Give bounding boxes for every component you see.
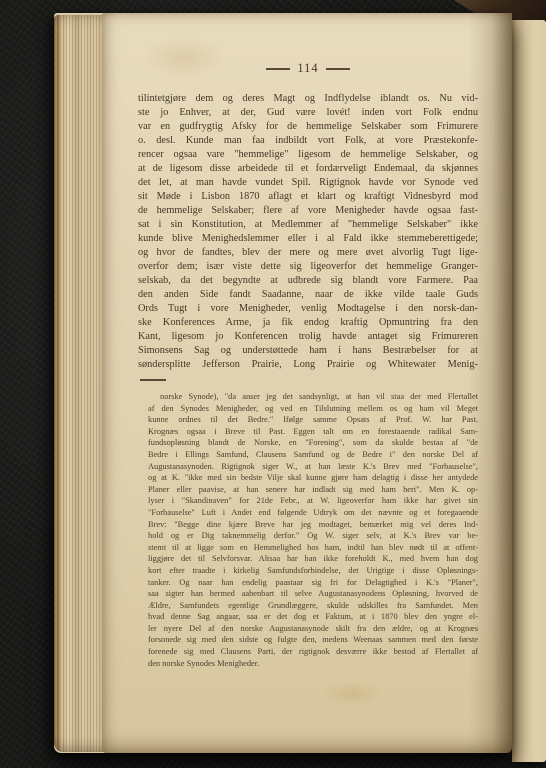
text-line: overfor dem; især viste dette sig ligeov…	[138, 260, 478, 274]
header-rule-right	[326, 68, 350, 70]
footnote-line: liggjøre det til Selvforsvar. Altsaa har…	[148, 553, 478, 565]
footnote-line: norske Synode), "da anser jeg det sandsy…	[148, 391, 478, 403]
footnote-line: Augustanasynoden. Rigtignok siger W., at…	[148, 461, 478, 473]
body-text: tilintetgjøre dem og deres Magt og Indfl…	[138, 92, 478, 372]
footnote-line: lyser i "Skandinaven" for 21de Febr., at…	[148, 495, 478, 507]
text-line: selskab, da det begyndte at udbrede sig …	[138, 274, 478, 288]
footnote-line: Brev: "Begge dine kjære Breve har jeg mo…	[148, 519, 478, 531]
footnote-text: norske Synode), "da anser jeg det sandsy…	[148, 391, 478, 669]
text-line: o. desl. Kunde man faa indbildt vort Fol…	[138, 134, 478, 148]
book-page: 114 tilintetgjøre dem og deres Magt og I…	[54, 13, 512, 753]
footnote-line: fundsopløsning blandt de Norske, en "For…	[148, 437, 478, 449]
text-line: og hvor de fandtes, blev der mere og mer…	[138, 246, 478, 260]
footnote-line: kunne ordnes til det Bedre." Ifølge samm…	[148, 414, 478, 426]
page-header: 114	[138, 61, 478, 76]
footnote-line: kort efter traadte i kirkelig Samfundsfo…	[148, 565, 478, 577]
footnote-line: tanker. Og naar han endelig paastaar sig…	[148, 577, 478, 589]
footnote-line: Planer eller paavise, at han senere har …	[148, 484, 478, 496]
book-photo: 114 tilintetgjøre dem og deres Magt og I…	[0, 0, 546, 768]
footnote-line: hvad denne Sag angaar, saa er det dog et…	[148, 611, 478, 623]
footnote-line: forsonede sig med den sidste og fulgte d…	[148, 634, 478, 646]
footnote-line: den norske Synodes Menigheder.	[148, 658, 478, 670]
text-line: den anden Side fandt Saadanne, naar de i…	[138, 288, 478, 302]
text-line: tilintetgjøre dem og deres Magt og Indfl…	[138, 92, 478, 106]
facing-page-edge	[512, 20, 546, 762]
footnote-line: hold og er Dig taknemmelig derfor." Og W…	[148, 530, 478, 542]
text-line: kunde blive Menighedslemmer eller i al F…	[138, 232, 478, 246]
page-surface: 114 tilintetgjøre dem og deres Magt og I…	[102, 13, 512, 753]
text-line: søndersplitte Jefferson Prairie, Long Pr…	[138, 358, 478, 372]
header-rule-left	[266, 68, 290, 70]
text-line: rencer ogsaa vare "hemmelige" ligesom de…	[138, 148, 478, 162]
text-line: Simonsens Sag og understøttede ham i han…	[138, 344, 478, 358]
footnote-line: af den Synodes Menigheder, og ved en Til…	[148, 403, 478, 415]
footnote-line: "Forbauselse" Luft i Andet end følgende …	[148, 507, 478, 519]
page-number: 114	[297, 61, 318, 76]
footnote-line: Ældre, Samfundets egentlige Grundlæggere…	[148, 600, 478, 612]
footnote-line: saa sigter han hermed aabenbart til selv…	[148, 588, 478, 600]
text-line: sit Møde i Lisbon 1870 aflagt et klart o…	[138, 190, 478, 204]
text-line: var en gudfrygtig Afsky for de hemmelige…	[138, 120, 478, 134]
footnote-line: forenede sig med Clausens Parti, der rig…	[148, 646, 478, 658]
footnote-rule	[140, 379, 166, 381]
text-line: sat i sin Konstitution, at Medlemmer af …	[138, 218, 478, 232]
text-line: at de ligesom disse arbeidede til et for…	[138, 162, 478, 176]
footnote-line: ler nyere Del af den norske Augustanasyn…	[148, 623, 478, 635]
text-line: de hemmelige Selskaber; flere af vore Me…	[138, 204, 478, 218]
footnote-line: og at K. "ikke med sin bedste Vilje skal…	[148, 472, 478, 484]
text-line: ste jo Enhver, at der, Gud være lovét! i…	[138, 106, 478, 120]
footnote-line: stemt til at ligge som en Hemmelighed ho…	[148, 542, 478, 554]
footnote-line: Krognæs ogsaa i Breve til Past. Eggen ta…	[148, 426, 478, 438]
text-line: det let, at man havde vundet Spil. Rigti…	[138, 176, 478, 190]
text-line: Kant, ligesom jo Konferencen trolig havd…	[138, 330, 478, 344]
text-line: ske Konferences Arme, ja fik endog kraft…	[138, 316, 478, 330]
footnote-line: Bedre i Ellings Samfund, Clausens Samfun…	[148, 449, 478, 461]
page-edge-stack	[54, 15, 106, 752]
text-line: Ords Tugt i vore Menigheder, venlig Modt…	[138, 302, 478, 316]
